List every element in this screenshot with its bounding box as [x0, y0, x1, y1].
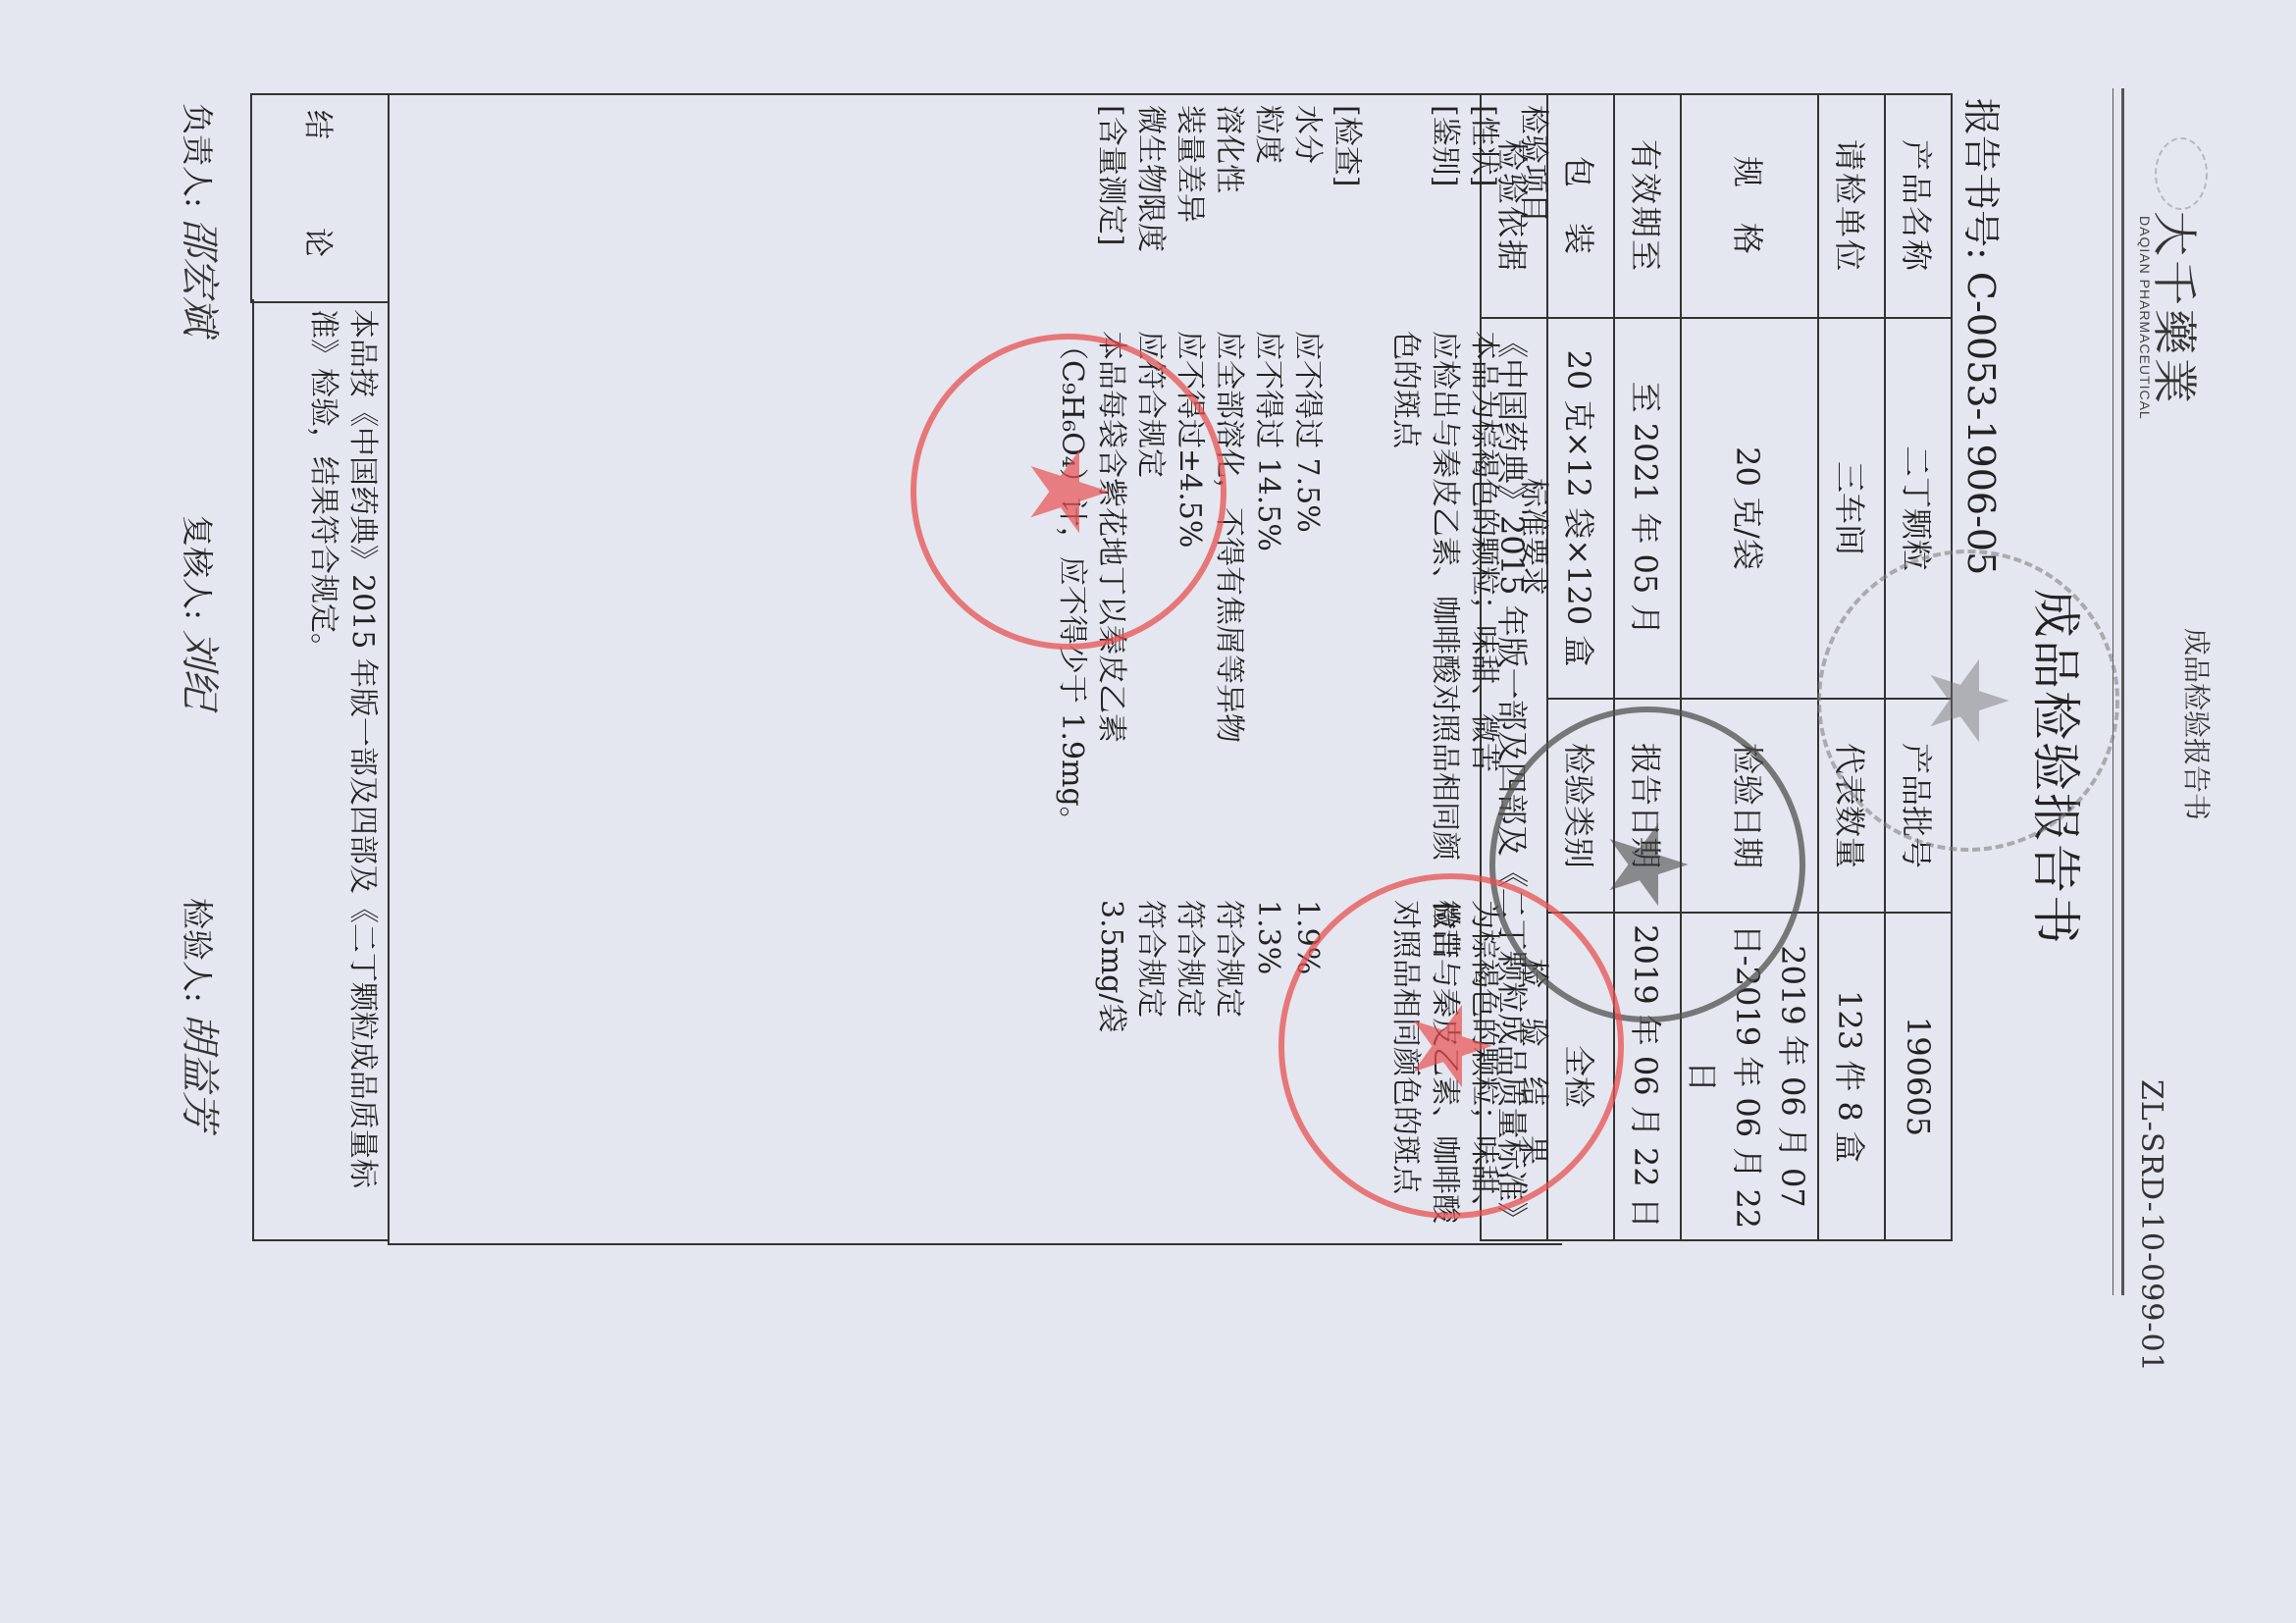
reviewer-sign: 刘纪 — [177, 630, 222, 708]
item-name: 水分 — [1287, 105, 1327, 164]
qc-report-stamp: ★ — [1817, 550, 2119, 852]
responsible-signature: 负责人: 邵宏斌 — [175, 103, 231, 336]
item-result: 符合规定 — [1170, 900, 1209, 1233]
item-name: [检查] — [1327, 105, 1366, 186]
item-name: 粒度 — [1248, 105, 1287, 164]
star-icon: ★ — [1593, 816, 1701, 914]
item-standard: 应不得过 14.5% — [1248, 331, 1287, 880]
inspector-signature: 检验人: 胡益芳 — [175, 898, 231, 1130]
item-name: [鉴别] — [1425, 105, 1464, 186]
item-result: 3.5mg/袋 — [1091, 900, 1130, 1233]
reviewer-signature: 复核人: 刘纪 — [175, 515, 231, 708]
item-name: [性状] — [1464, 105, 1503, 186]
table-row: 规 格 20 克/袋 检验日期 2019 年 06 月 07 日-2019 年 … — [1681, 94, 1818, 1240]
report-number-label: 报告书号: — [1959, 98, 2003, 260]
star-icon: ★ — [1914, 653, 2022, 750]
responsible-label: 负责人: — [179, 103, 216, 208]
report-number-value: C-0053-1906-05 — [1959, 272, 2003, 575]
label-spec: 规 格 — [1681, 94, 1818, 318]
conclusion-label: 结 论 — [250, 93, 390, 303]
header-item: 检验项目 — [1513, 105, 1552, 223]
header-standard: 标准要求 — [1513, 478, 1552, 596]
value-batch: 190605 — [1885, 913, 1952, 1240]
star-icon: ★ — [1015, 444, 1122, 541]
table-row: 有效期至 至 2021 年 05 月 报告日期 2019 年 06 月 22 日 — [1614, 94, 1681, 1240]
item-name: 溶化性 — [1209, 105, 1248, 193]
reviewer-label: 复核人: — [179, 515, 216, 620]
logo-icon — [2155, 137, 2208, 210]
responsible-sign: 邵宏斌 — [177, 218, 222, 336]
item-name: 装量差异 — [1170, 105, 1209, 223]
form-code: ZL-SRD-10-099-01 — [2134, 1079, 2168, 1373]
item-standard: 本品为棕褐色的颗粒；味甜、微苦 — [1464, 331, 1503, 880]
company-logo-cn: 大千藥業 — [2145, 211, 2210, 407]
item-standard: 应不得过 7.5% — [1287, 331, 1327, 880]
value-expiry: 至 2021 年 05 月 — [1614, 318, 1681, 699]
star-icon: ★ — [1397, 998, 1505, 1095]
report-number: 报告书号: C-0053-1906-05 — [1957, 98, 2011, 575]
document-page: 大千藥業 DAQIAN PHARMACEUTICAL 成品检验报告书 ZL-SR… — [0, 0, 2296, 1623]
label-dept: 请检单位 — [1818, 94, 1885, 318]
item-result: 符合规定 — [1209, 900, 1248, 1233]
company-logo-en: DAQIAN PHARMACEUTICAL — [2137, 216, 2153, 420]
value-spec: 20 克/袋 — [1681, 318, 1818, 699]
quality-dept-stamp: ★ — [1278, 873, 1624, 1219]
label-product-name: 产品名称 — [1885, 94, 1952, 318]
form-name: 成品检验报告书 — [2178, 628, 2218, 820]
item-name: [含量测定] — [1091, 105, 1130, 245]
inspector-label: 检验人: — [179, 898, 216, 1003]
value-quantity: 123 件 8 盒 — [1818, 913, 1885, 1240]
item-result: 符合规定 — [1130, 900, 1170, 1233]
conclusion-text: 本品按《中国药典》2015 年版一部及四部及《二丁颗粒成品质量标准》检验，结果符… — [252, 299, 390, 1241]
item-standard: 应全部溶化，不得有焦屑等异物 — [1209, 331, 1248, 880]
inspector-sign: 胡益芳 — [177, 1013, 222, 1130]
item-standard: 应检出与秦皮乙素、咖啡酸对照品相同颜色的斑点 — [1385, 331, 1464, 880]
quality-dept-stamp-2: ★ — [911, 334, 1226, 650]
item-name: 微生物限度 — [1130, 105, 1170, 252]
label-expiry: 有效期至 — [1614, 94, 1681, 318]
